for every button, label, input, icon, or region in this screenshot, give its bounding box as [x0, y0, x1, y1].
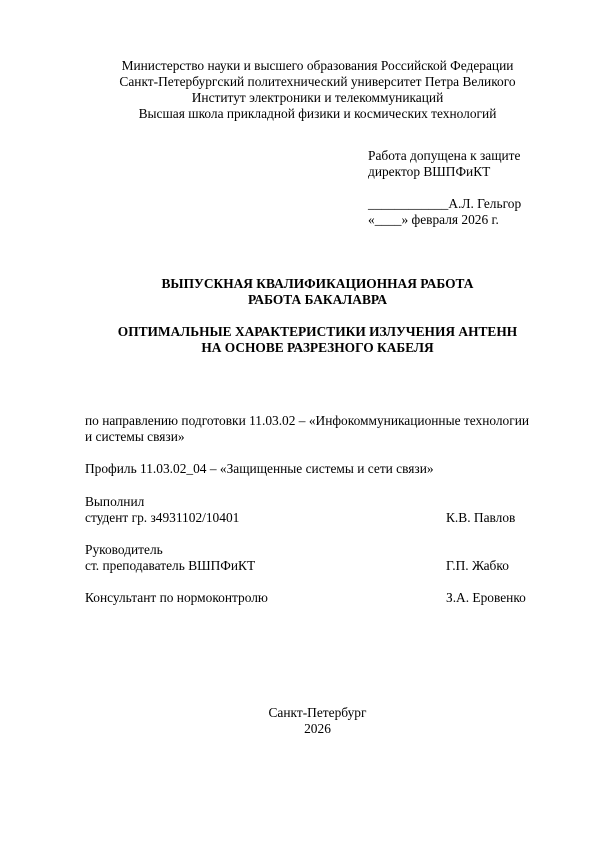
institute-name: Институт электроники и телекоммуникаций [0, 90, 595, 106]
thesis-title-line1: ОПТИМАЛЬНЫЕ ХАРАКТЕРИСТИКИ ИЗЛУЧЕНИЯ АНТ… [0, 324, 595, 340]
university-name: Санкт-Петербургский политехнический унив… [0, 74, 595, 90]
signatory-role: Руководитель [85, 542, 255, 558]
signatory-consultant-position: Консультант по нормоконтролю [85, 590, 268, 606]
signatory-student: Выполнил студент гр. з4931102/10401 [85, 494, 239, 526]
document-header: Министерство науки и высшего образования… [0, 58, 595, 122]
signatory-name: К.В. Павлов [446, 510, 515, 526]
work-type-line1: ВЫПУСКНАЯ КВАЛИФИКАЦИОННАЯ РАБОТА [0, 276, 595, 292]
signatory-position: студент гр. з4931102/10401 [85, 510, 239, 526]
approval-block: Работа допущена к защите директор ВШПФиК… [368, 148, 521, 228]
approver-position: директор ВШПФиКТ [368, 164, 521, 180]
thesis-title: ОПТИМАЛЬНЫЕ ХАРАКТЕРИСТИКИ ИЗЛУЧЕНИЯ АНТ… [0, 324, 595, 356]
work-type: ВЫПУСКНАЯ КВАЛИФИКАЦИОННАЯ РАБОТА РАБОТА… [0, 276, 595, 308]
direction-line2: и системы связи» [85, 429, 529, 445]
city: Санкт-Петербург [0, 705, 595, 721]
approval-text: Работа допущена к защите [368, 148, 521, 164]
signatory-supervisor: Руководитель ст. преподаватель ВШПФиКТ [85, 542, 255, 574]
ministry-name: Министерство науки и высшего образования… [0, 58, 595, 74]
program-direction: по направлению подготовки 11.03.02 – «Ин… [85, 413, 529, 445]
signatory-name: З.А. Еровенко [446, 590, 526, 606]
approval-date: «____» февраля 2026 г. [368, 212, 521, 228]
year: 2026 [0, 721, 595, 737]
direction-line1: по направлению подготовки 11.03.02 – «Ин… [85, 413, 529, 429]
signatory-name: Г.П. Жабко [446, 558, 509, 574]
document-footer: Санкт-Петербург 2026 [0, 705, 595, 737]
approver-signature: ____________А.Л. Гельгор [368, 196, 521, 212]
signatory-role: Выполнил [85, 494, 239, 510]
signatory-position: ст. преподаватель ВШПФиКТ [85, 558, 255, 574]
work-type-line2: РАБОТА БАКАЛАВРА [0, 292, 595, 308]
thesis-title-line2: НА ОСНОВЕ РАЗРЕЗНОГО КАБЕЛЯ [0, 340, 595, 356]
program-profile: Профиль 11.03.02_04 – «Защищенные систем… [85, 461, 434, 477]
school-name: Высшая школа прикладной физики и космиче… [0, 106, 595, 122]
